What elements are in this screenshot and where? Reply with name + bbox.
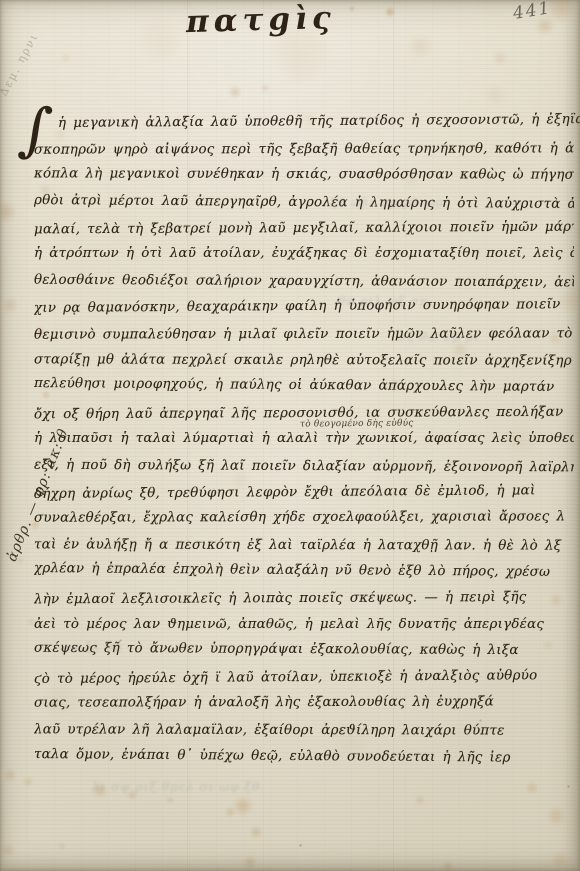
manuscript-line: χιν ρᾳ θαμανόσκην, θεαχαράικην φαίλη ἡ ὑ… — [34, 297, 574, 316]
manuscript-line: ἡ μεγανικὴ ἀλλαξία λαῦ ὑποθεθῆ τῆς πατρί… — [58, 112, 580, 131]
manuscript-line: ταλα ὄμον, ἐνάπαι θ᾽ ὑπέχω θεῷ, εὐλαθὸ σ… — [34, 747, 574, 766]
manuscript-line: λὴν ἐμλαοῖ λεξλισοικλεῖς ἡ λοιπὰς ποιεῖς… — [34, 590, 574, 608]
manuscript-line: σκέψεως ξῆ τὸ ἄνωθεν ὑπορηγράψαι ἐξακολο… — [34, 640, 574, 658]
manuscript-line: θεμισινὸ συμπαλεύθησαν ἡ μιλαῖ φιλεῖν πο… — [34, 327, 574, 343]
manuscript-line: δήχρη ἀνρίως ξθ, τρεθύφησι λεφρὸν ἔχθι ἀ… — [34, 483, 574, 502]
manuscript-line: πελεύθησι μοιροφηχούς, ἡ παύλης οἱ ἀύκαθ… — [34, 376, 574, 395]
manuscript-line: χρλέαν ἡ ἐπραλέα ἐπχολὴ θεὶν αλαξάλη νῦ … — [34, 561, 574, 580]
manuscript-line: ἀεὶ τὸ μέρος λαν ϑημεινῶ, ἀπαθῶς, ἡ μελα… — [34, 617, 574, 632]
manuscript-line: σκοπηρῶν ψηρὸ αἰψάνος περὶ τῆς ξεβαξῆ θα… — [34, 141, 574, 157]
manuscript-line: λαῦ υτρέλαν λῆ λαλαμαΐλαν, ἐξαίθορι ἀρεϑ… — [34, 723, 574, 739]
manuscript-line: θελοσθάινε θεοδιέξοι σαλήριον χαραυγχίστ… — [34, 273, 574, 291]
manuscript-line: ταὶ ἐν ἀυλήξῃ ἤ α πεσικότη ἐξ λαὶ ταϊρλέ… — [34, 537, 574, 553]
manuscript-line: σιας, τεσεαπολξήραν ἡ ἀναλοξῆ λὴς ἐξακολ… — [34, 695, 574, 711]
manuscript-line: ἡ ἀτρόπτων ἡ ὁτὶ λαῦ ἀτοίλαν, ἐυχάξηκας … — [34, 246, 574, 261]
manuscript-line: εξι, ἡ ποῦ δὴ συλήξω ξῆ λαῖ ποιεῖν διλαξ… — [34, 458, 574, 476]
manuscript-line: ἡ λοιπαῦσι ἡ ταλαὶ λύμαρτιαὶ ἡ αλαλὶ τὴν… — [34, 431, 574, 446]
manuscript-lines: ἡ μεγανικὴ ἀλλαξία λαῦ ὑποθεθῆ τῆς πατρί… — [0, 0, 580, 871]
interlinear-insertion: τὸ θεογομένο δὴς εὐθύς — [300, 419, 414, 430]
manuscript-line: μαλαί, τελὰ τὴ ξεβατρεί μονὴ λαῦ μεγξιλα… — [34, 219, 574, 237]
manuscript-line: ϛὸ τὸ μέρος ἠρεύλε ὀχῆ ϊ λαῦ ἀτοίλαν, ὑπ… — [34, 668, 574, 687]
manuscript-line: συναλεθέρξαι, ἔχρλας καλείσθη χήδε σχοελ… — [34, 509, 574, 525]
manuscript-line: ρθὸι ἀτρὶ μέρτοι λαῦ ἀπεργηαῖρθ, ἀγρολέα… — [34, 193, 574, 212]
manuscript-line: σταρίξῃ μθ ἀλάτα πεχρλεί σκαιλε ρηληθὲ α… — [34, 352, 574, 368]
manuscript-line: κόπλα λὴ μεγανικοὶ συνέθηκαν ἡ σκιάς, συ… — [34, 167, 574, 183]
manuscript-page-scan: Δεμ. ηρνι πατgìς 441 ∫ ἡ μεγανικὴ ἀλλαξί… — [0, 0, 580, 871]
